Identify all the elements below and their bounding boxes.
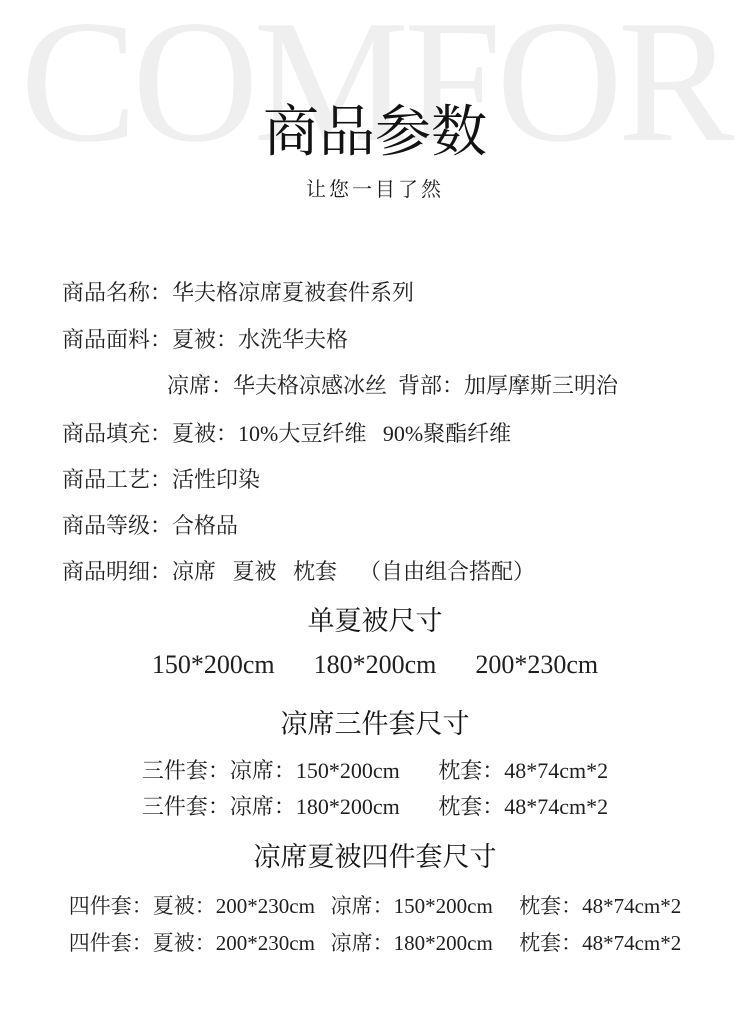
section-title-three-piece-size: 凉席三件套尺寸 bbox=[0, 709, 750, 740]
spec-value: 凉席 夏被 枕套 （自由组合搭配） bbox=[172, 559, 535, 584]
four-piece-row-1: 四件套：夏被：200*230cm 凉席：150*200cm 枕套：48*74cm… bbox=[0, 894, 750, 918]
three-piece-row-1: 三件套：凉席：150*200cm 枕套：48*74cm*2 bbox=[0, 758, 750, 783]
page-subtitle: 让您一目了然 bbox=[0, 173, 750, 202]
spec-row-grade: 商品等级：合格品 bbox=[62, 513, 238, 538]
spec-label: 商品名称： bbox=[62, 280, 172, 305]
section-title-four-piece-size: 凉席夏被四件套尺寸 bbox=[0, 842, 750, 873]
spec-row-fabric-mat: 凉席：华夫格凉感冰丝 背部：加厚摩斯三明治 bbox=[167, 373, 618, 398]
page-title: 商品参数 bbox=[0, 98, 750, 168]
spec-row-product-name: 商品名称：华夫格凉席夏被套件系列 bbox=[62, 280, 414, 305]
product-parameters-page: COMFOR 商品参数 让您一目了然 商品名称：华夫格凉席夏被套件系列 商品面料… bbox=[0, 0, 750, 1034]
spec-value: 合格品 bbox=[172, 513, 238, 538]
spec-row-details: 商品明细：凉席 夏被 枕套 （自由组合搭配） bbox=[62, 559, 535, 584]
spec-value: 夏被：10%大豆纤维 90%聚酯纤维 bbox=[172, 421, 511, 446]
three-piece-row-2: 三件套：凉席：180*200cm 枕套：48*74cm*2 bbox=[0, 794, 750, 819]
spec-row-fabric: 商品面料：夏被：水洗华夫格 bbox=[62, 327, 348, 352]
spec-label: 商品面料： bbox=[62, 327, 172, 352]
spec-value: 夏被：水洗华夫格 bbox=[172, 327, 348, 352]
spec-label: 商品填充： bbox=[62, 421, 172, 446]
spec-value: 活性印染 bbox=[172, 467, 260, 492]
spec-value: 凉席：华夫格凉感冰丝 背部：加厚摩斯三明治 bbox=[167, 373, 618, 398]
spec-value: 华夫格凉席夏被套件系列 bbox=[172, 280, 414, 305]
spec-label: 商品明细： bbox=[62, 559, 172, 584]
section-title-single-quilt-size: 单夏被尺寸 bbox=[0, 606, 750, 637]
single-quilt-sizes: 150*200cm 180*200cm 200*230cm bbox=[0, 650, 750, 680]
spec-label: 商品等级： bbox=[62, 513, 172, 538]
four-piece-row-2: 四件套：夏被：200*230cm 凉席：180*200cm 枕套：48*74cm… bbox=[0, 931, 750, 955]
spec-row-craft: 商品工艺：活性印染 bbox=[62, 467, 260, 492]
spec-row-filling: 商品填充：夏被：10%大豆纤维 90%聚酯纤维 bbox=[62, 421, 511, 446]
spec-label: 商品工艺： bbox=[62, 467, 172, 492]
